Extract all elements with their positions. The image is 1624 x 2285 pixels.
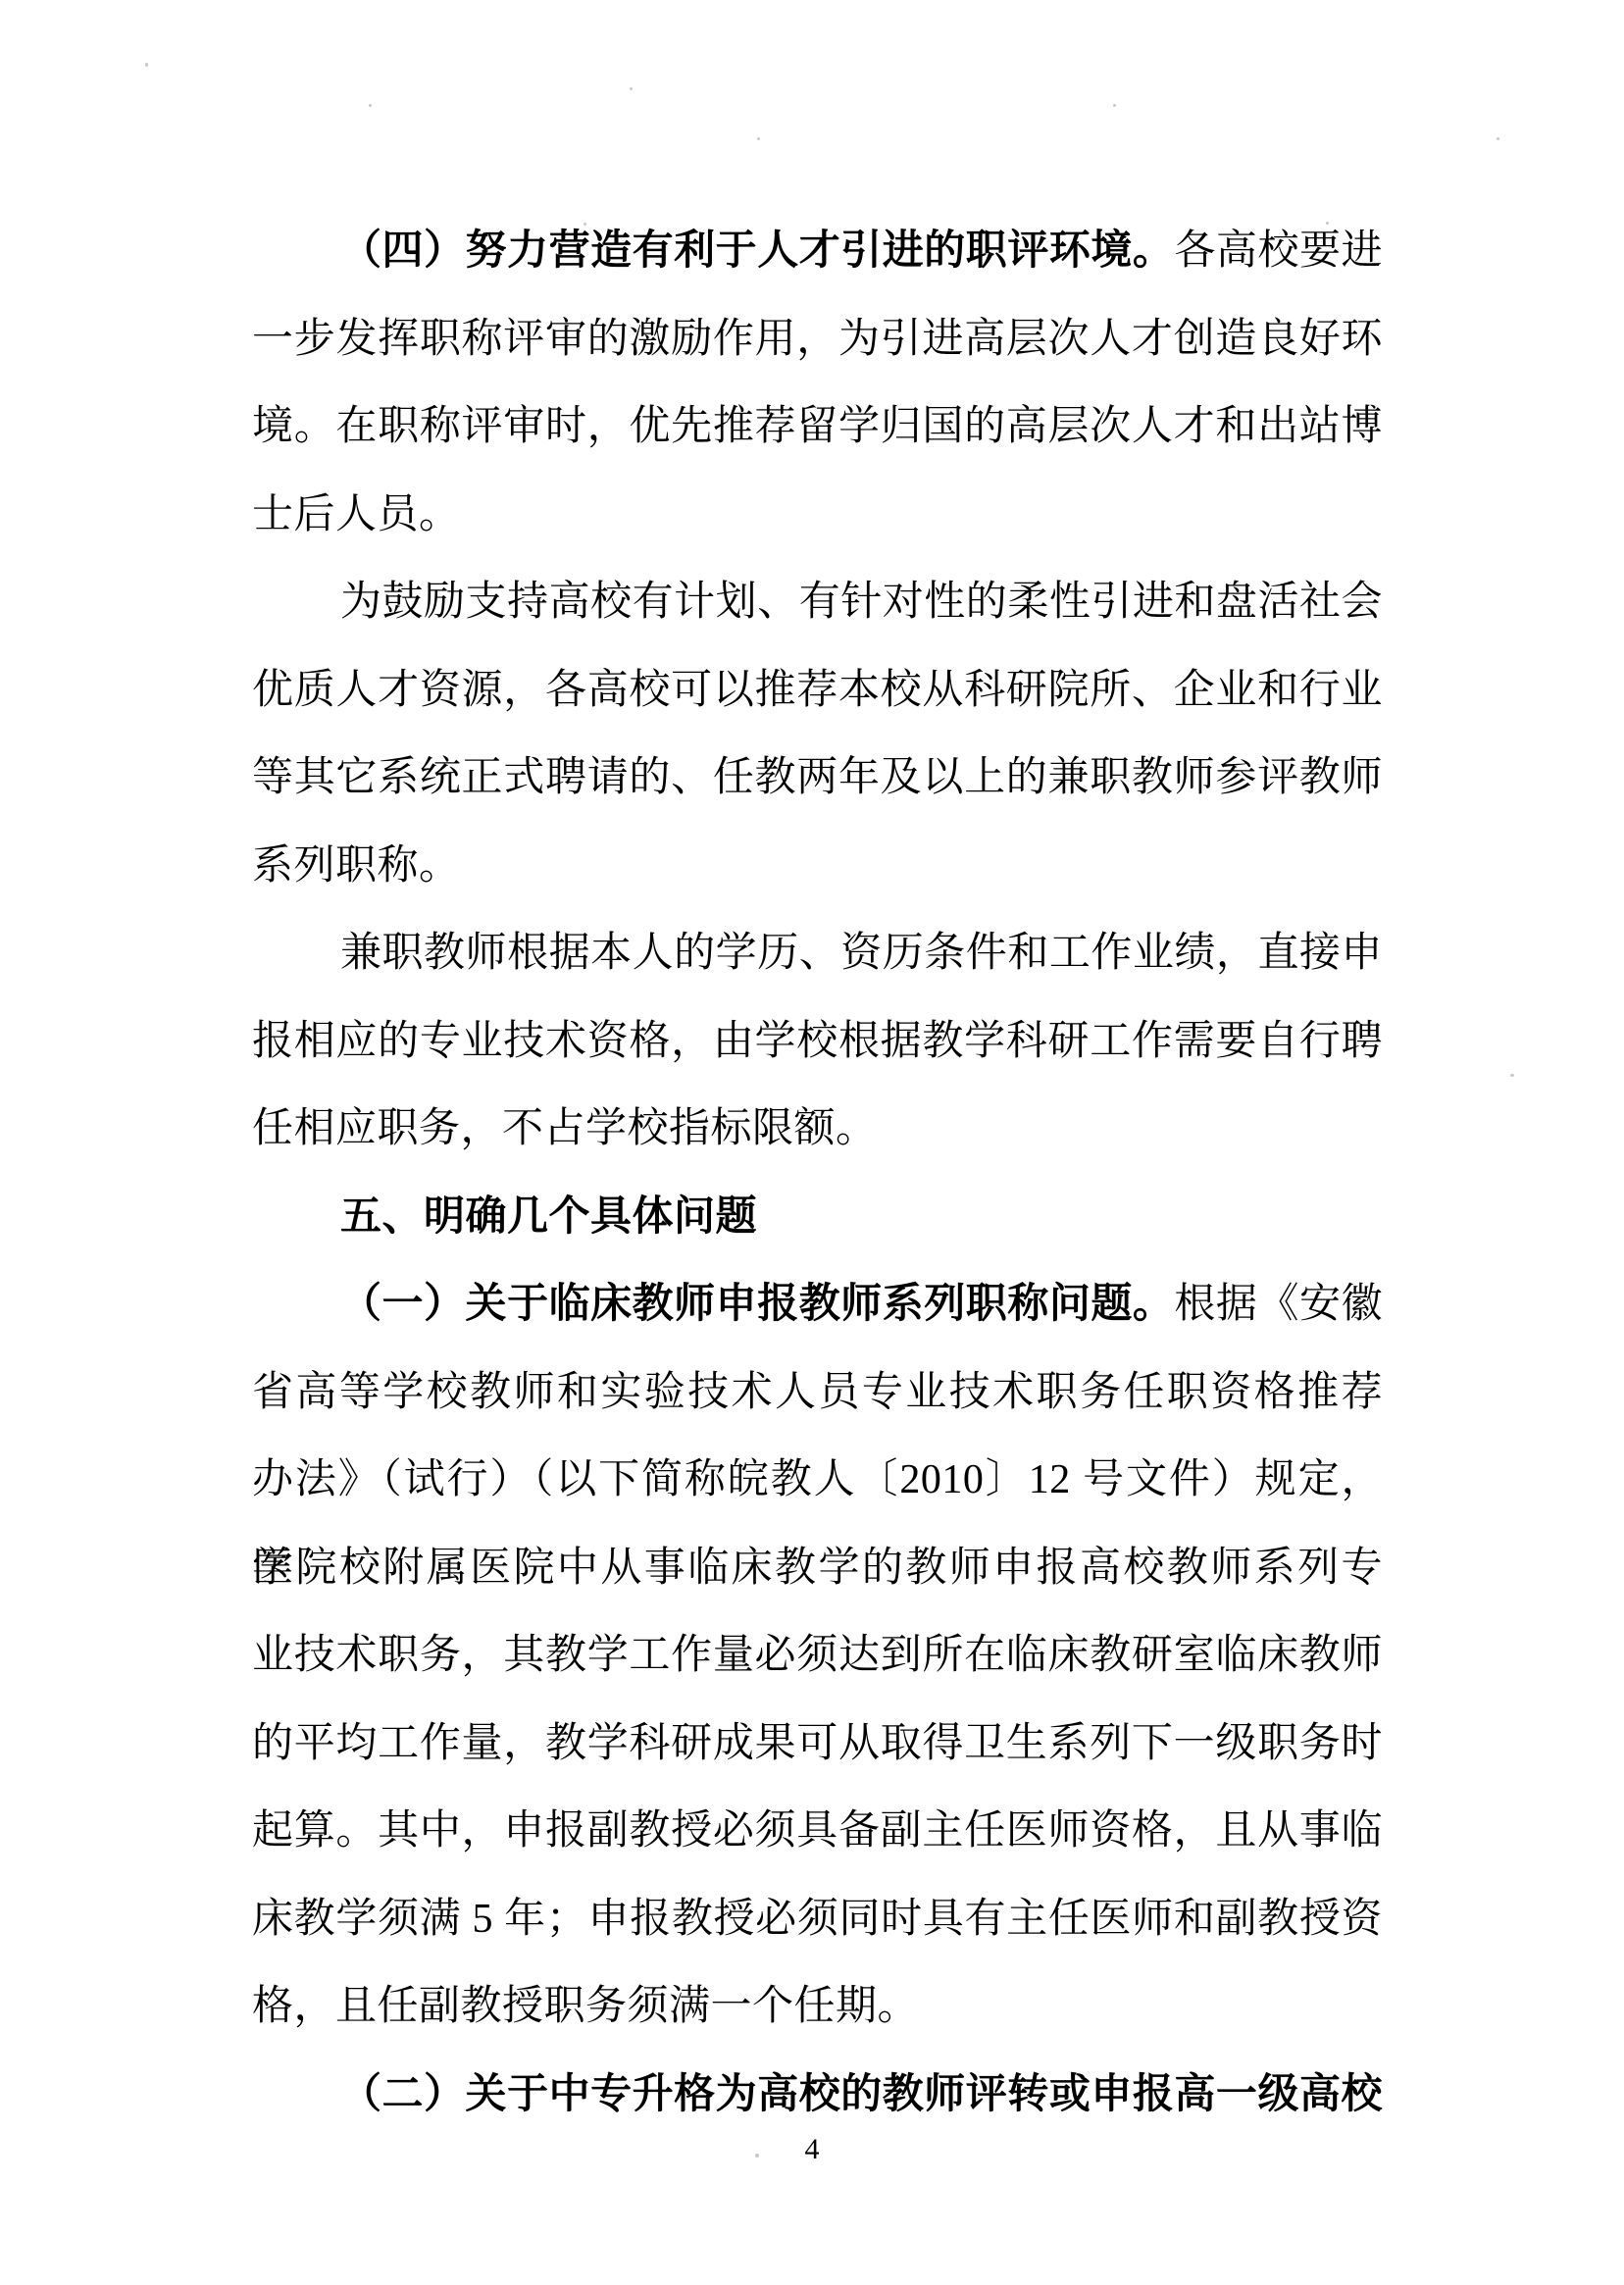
text-line: 等其它系统正式聘请的、任教两年及以上的兼职教师参评教师 bbox=[252, 735, 1383, 823]
page-number: 4 bbox=[0, 2130, 1624, 2169]
scan-speck bbox=[1326, 222, 1329, 225]
scan-speck bbox=[1497, 137, 1499, 140]
paragraph-first-line: （一）关于临床教师申报教师系列职称问题。根据《安徽 bbox=[252, 1261, 1383, 1349]
paragraph-last-line: 任相应职务，不占学校指标限额。 bbox=[252, 1086, 1383, 1174]
item-2-heading: （二）关于中专升格为高校的教师评转或申报高一级高校 bbox=[340, 2072, 1383, 2117]
scan-speck bbox=[757, 137, 760, 140]
text-line: 一步发挥职称评审的激励作用，为引进高层次人才创造良好环 bbox=[252, 296, 1383, 384]
paragraph-first-line: （四）努力营造有利于人才引进的职评环境。各高校要进 bbox=[252, 208, 1383, 296]
text-line: 省高等学校教师和实验技术人员专业技术职务任职资格推荐 bbox=[252, 1349, 1383, 1438]
document-body: （四）努力营造有利于人才引进的职评环境。各高校要进 一步发挥职称评审的激励作用，… bbox=[252, 208, 1383, 2139]
document-page: （四）努力营造有利于人才引进的职评环境。各高校要进 一步发挥职称评审的激励作用，… bbox=[0, 0, 1624, 2285]
body-text: 任相应职务，不占学校指标限额。 bbox=[252, 1106, 878, 1151]
body-text: 根据《安徽 bbox=[1174, 1282, 1383, 1327]
text-line: 境。在职称评审时，优先推荐留学归国的高层次人才和出站博 bbox=[252, 383, 1383, 472]
text-line: 优质人才资源，各高校可以推荐本校从科研院所、企业和行业 bbox=[252, 647, 1383, 736]
section-5-heading-line: 五、明确几个具体问题 bbox=[252, 1174, 1383, 1262]
paragraph-last-line: 士后人员。 bbox=[252, 472, 1383, 560]
body-text: 报相应的专业技术资格，由学校根据教学科研工作需要自行聘 bbox=[252, 1019, 1383, 1064]
scan-speck bbox=[630, 87, 633, 90]
body-text: 各高校要进 bbox=[1174, 228, 1383, 274]
paragraph-first-line: 为鼓励支持高校有计划、有针对性的柔性引进和盘活社会 bbox=[252, 559, 1383, 647]
body-text: 一步发挥职称评审的激励作用，为引进高层次人才创造良好环 bbox=[252, 317, 1383, 362]
body-text: 士后人员。 bbox=[252, 492, 461, 537]
scan-speck bbox=[755, 2154, 759, 2158]
body-text: 为鼓励支持高校有计划、有针对性的柔性引进和盘活社会 bbox=[340, 580, 1383, 625]
paragraph-first-line: 兼职教师根据本人的学历、资历条件和工作业绩，直接申 bbox=[252, 910, 1383, 998]
item-2-heading-line: （二）关于中专升格为高校的教师评转或申报高一级高校 bbox=[252, 2052, 1383, 2140]
section-4-heading: （四）努力营造有利于人才引进的职评环境。 bbox=[340, 228, 1174, 274]
text-line: 报相应的专业技术资格，由学校根据教学科研工作需要自行聘 bbox=[252, 998, 1383, 1087]
text-line: 办法》（试行）（以下简称皖教人〔2010〕12 号文件）规定，医 bbox=[252, 1437, 1383, 1525]
text-line: 业技术职务，其教学工作量必须达到所在临床教研室临床教师 bbox=[252, 1612, 1383, 1701]
text-line: 床教学须满 5 年；申报教授必须同时具有主任医师和副教授资 bbox=[252, 1876, 1383, 1964]
body-text: 系列职称。 bbox=[252, 843, 461, 889]
body-text: 起算。其中，申报副教授必须具备副主任医师资格，且从事临 bbox=[252, 1808, 1383, 1853]
scan-speck bbox=[145, 63, 148, 67]
body-text: 格，且任副教授职务须满一个任期。 bbox=[252, 1984, 919, 2029]
body-text: 优质人才资源，各高校可以推荐本校从科研院所、企业和行业 bbox=[252, 668, 1383, 713]
paragraph-last-line: 格，且任副教授职务须满一个任期。 bbox=[252, 1963, 1383, 2052]
body-text: 的平均工作量，教学科研成果可从取得卫生系列下一级职务时 bbox=[252, 1721, 1383, 1766]
body-text: 业技术职务，其教学工作量必须达到所在临床教研室临床教师 bbox=[252, 1633, 1383, 1678]
body-text: 境。在职称评审时，优先推荐留学归国的高层次人才和出站博 bbox=[252, 404, 1383, 449]
scan-speck bbox=[369, 104, 372, 107]
body-text: 省高等学校教师和实验技术人员专业技术职务任职资格推荐 bbox=[252, 1370, 1383, 1415]
text-line: 学院校附属医院中从事临床教学的教师申报高校教师系列专 bbox=[252, 1525, 1383, 1613]
body-text: 等其它系统正式聘请的、任教两年及以上的兼职教师参评教师 bbox=[252, 755, 1383, 800]
section-5-heading: 五、明确几个具体问题 bbox=[340, 1194, 757, 1240]
body-text: 学院校附属医院中从事临床教学的教师申报高校教师系列专 bbox=[252, 1546, 1383, 1591]
item-1-heading: （一）关于临床教师申报教师系列职称问题。 bbox=[340, 1282, 1174, 1327]
scan-speck bbox=[584, 223, 586, 226]
text-line: 的平均工作量，教学科研成果可从取得卫生系列下一级职务时 bbox=[252, 1701, 1383, 1789]
paragraph-last-line: 系列职称。 bbox=[252, 823, 1383, 911]
body-text: 床教学须满 5 年；申报教授必须同时具有主任医师和副教授资 bbox=[252, 1897, 1383, 1942]
body-text: 兼职教师根据本人的学历、资历条件和工作业绩，直接申 bbox=[340, 931, 1383, 976]
scan-speck bbox=[1510, 1074, 1514, 1077]
scan-speck bbox=[1113, 104, 1116, 107]
text-line: 起算。其中，申报副教授必须具备副主任医师资格，且从事临 bbox=[252, 1788, 1383, 1876]
